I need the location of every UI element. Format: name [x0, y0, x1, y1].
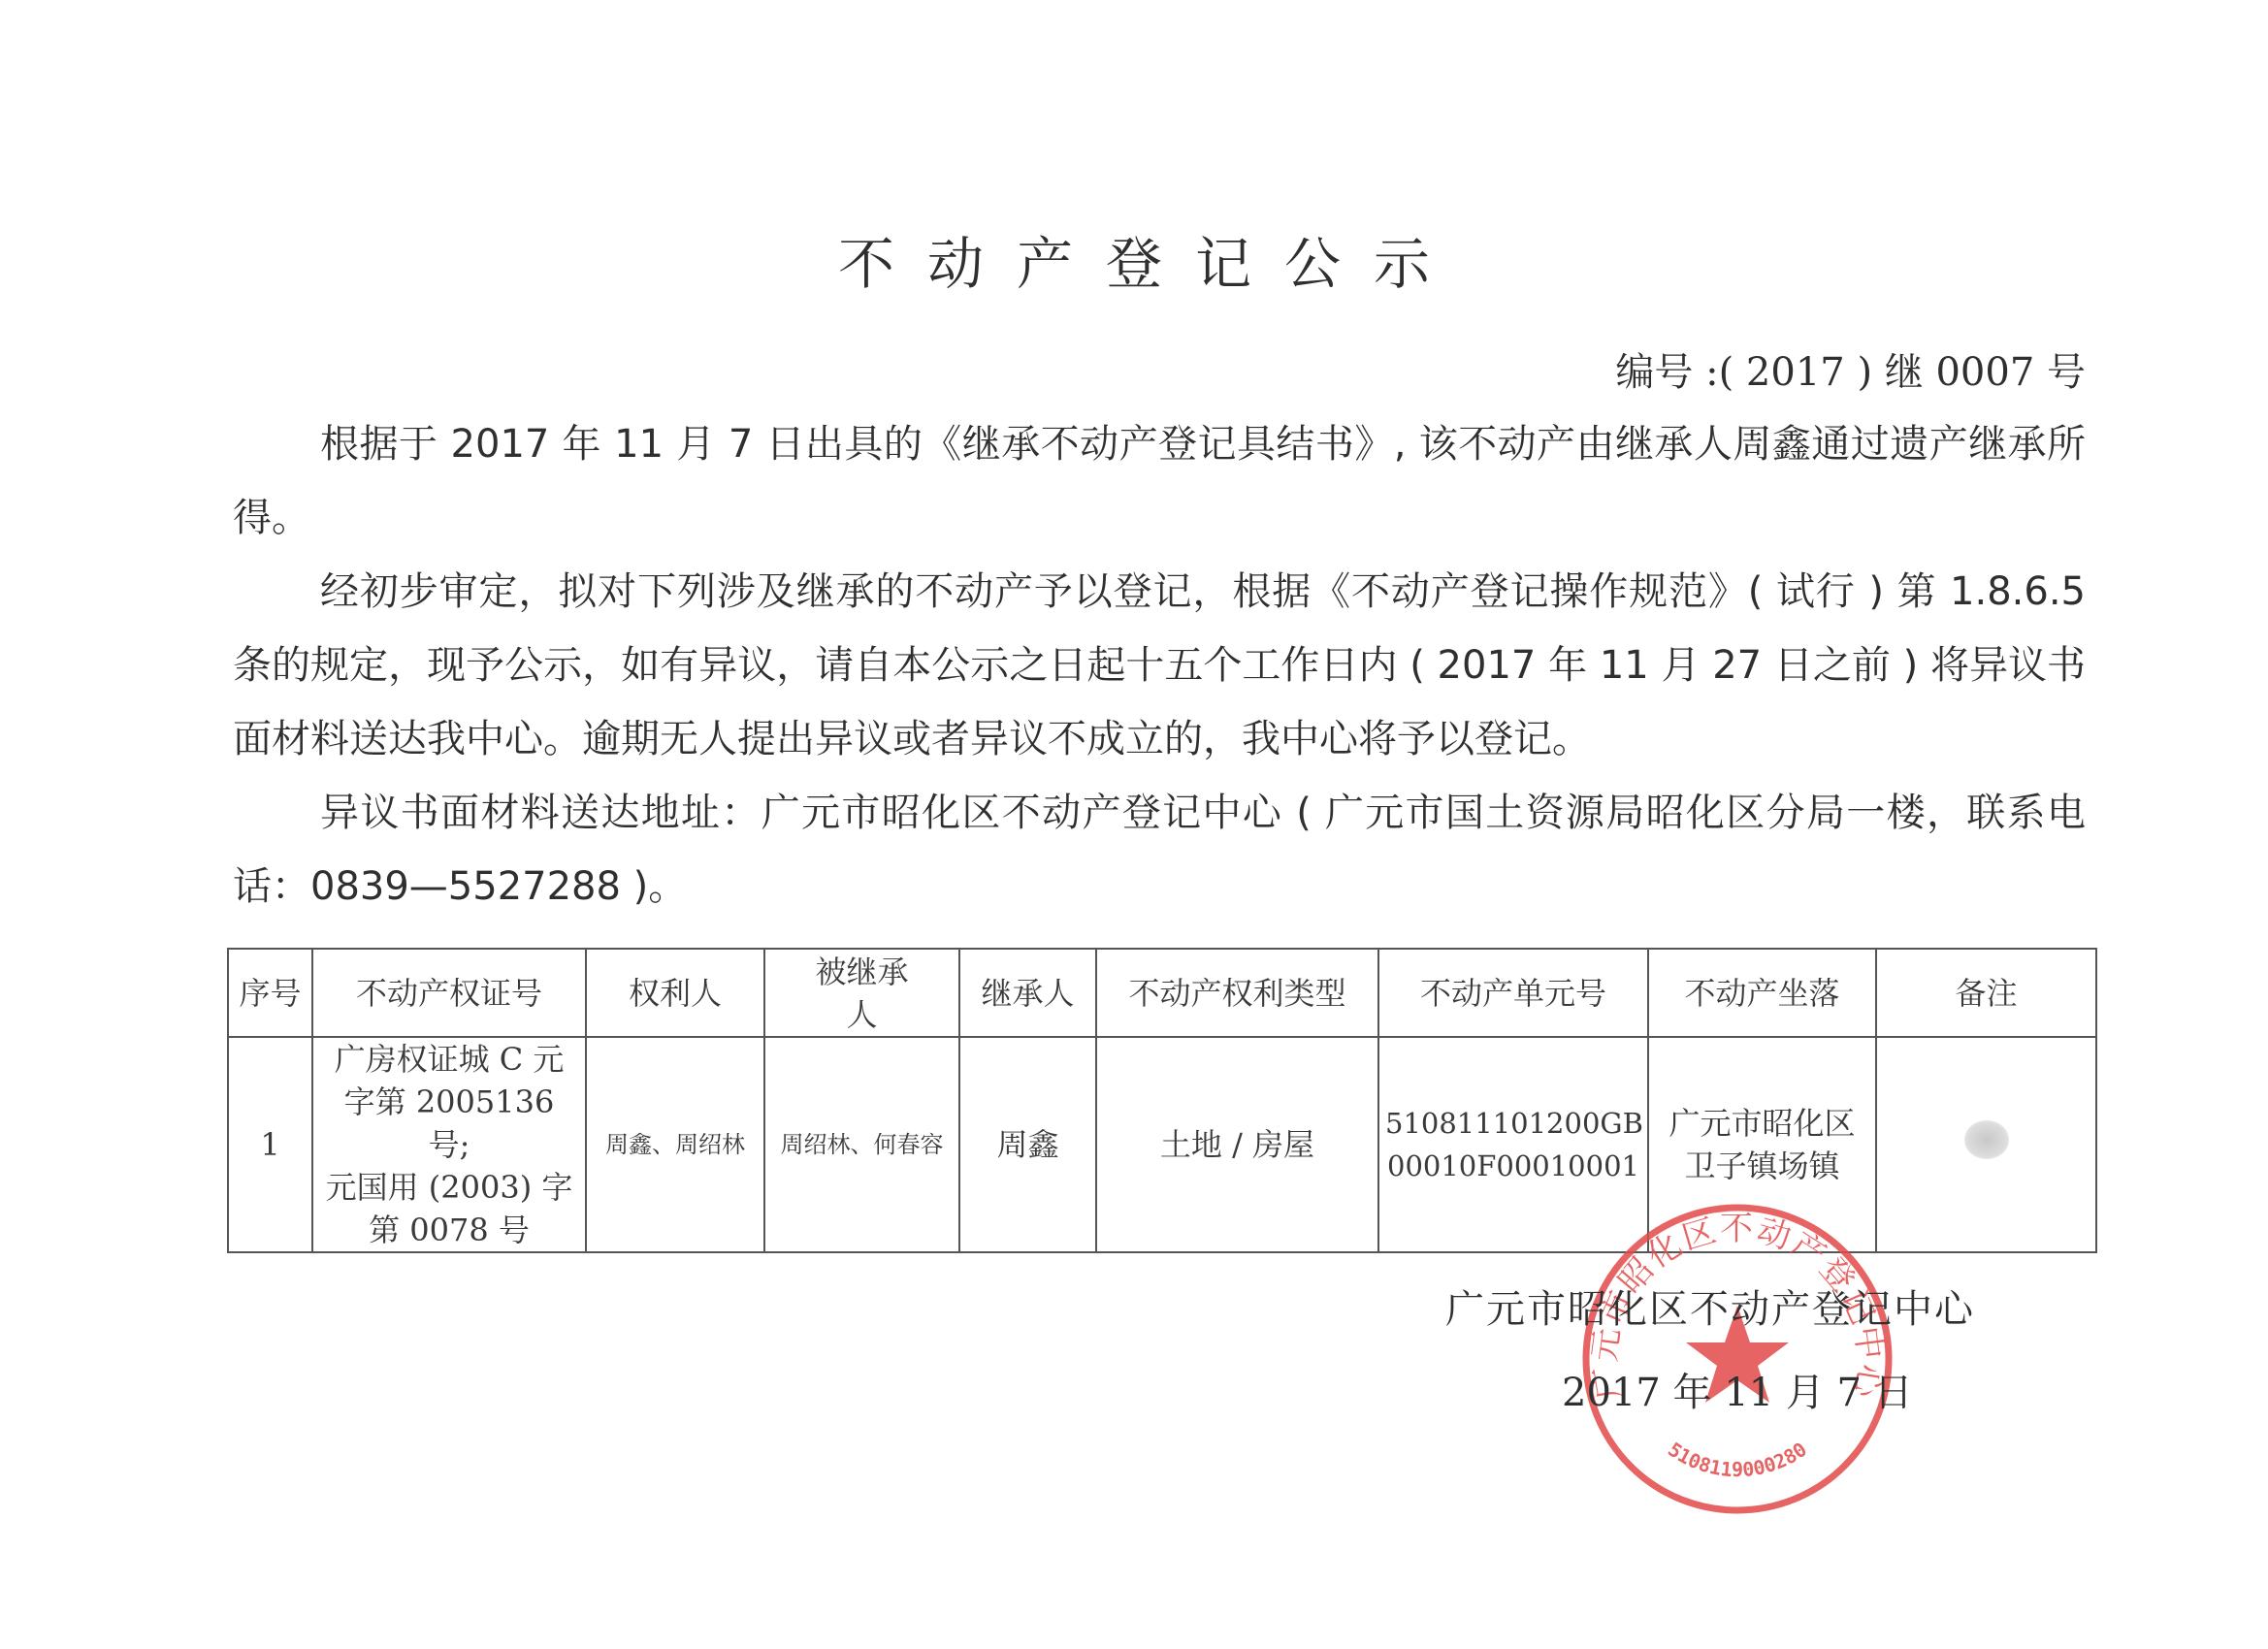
- cell-remarks: [1876, 1037, 2096, 1252]
- cell-heir: 周鑫: [959, 1037, 1096, 1252]
- header-decedent: 被继承人: [764, 949, 959, 1037]
- table-header-row: 序号 不动产权证号 权利人 被继承人 继承人 不动产权利类型 不动产单元号 不动…: [228, 949, 2096, 1037]
- official-seal-icon: 广元市昭化区不动产登记中心 5108119000280: [1579, 1201, 1895, 1517]
- header-remarks: 备注: [1876, 949, 2096, 1037]
- page-title: 不动产登记公示: [0, 218, 2268, 300]
- paragraph-basis: 根据于 2017 年 11 月 7 日出具的《继承不动产登记具结书》, 该不动产…: [233, 407, 2086, 555]
- paragraph-objection-address: 异议书面材料送达地址：广元市昭化区不动产登记中心 ( 广元市国土资源局昭化区分局…: [233, 776, 2086, 923]
- paragraph-review-notice: 经初步审定，拟对下列涉及继承的不动产予以登记，根据《不动产登记操作规范》( 试行…: [233, 555, 2086, 776]
- cell-right-holders: 周鑫、周绍林: [586, 1037, 764, 1252]
- header-heir: 继承人: [959, 949, 1096, 1037]
- cell-cert-no: 广房权证城 C 元 字第 2005136 号; 元国用 (2003) 字 第 0…: [312, 1037, 586, 1252]
- ink-smudge: [1964, 1120, 2009, 1159]
- signature-organization: 广元市昭化区不动产登记中心: [1445, 1278, 1975, 1334]
- header-right-holder: 权利人: [586, 949, 764, 1037]
- header-cert-no: 不动产权证号: [312, 949, 586, 1037]
- signature-date: 2017 年 11 月 7 日: [1562, 1362, 1913, 1417]
- header-unit-no: 不动产单元号: [1378, 949, 1648, 1037]
- document-number: 编号 :( 2017 ) 继 0007 号: [1615, 341, 2086, 397]
- stamp-code: 5108119000280: [1664, 1438, 1811, 1481]
- cell-right-type: 土地 / 房屋: [1096, 1037, 1378, 1252]
- cell-index: 1: [228, 1037, 312, 1252]
- header-right-type: 不动产权利类型: [1096, 949, 1378, 1037]
- header-index: 序号: [228, 949, 312, 1037]
- svg-text:5108119000280: 5108119000280: [1664, 1438, 1811, 1481]
- header-location: 不动产坐落: [1648, 949, 1876, 1037]
- cell-decedents: 周绍林、何春容: [764, 1037, 959, 1252]
